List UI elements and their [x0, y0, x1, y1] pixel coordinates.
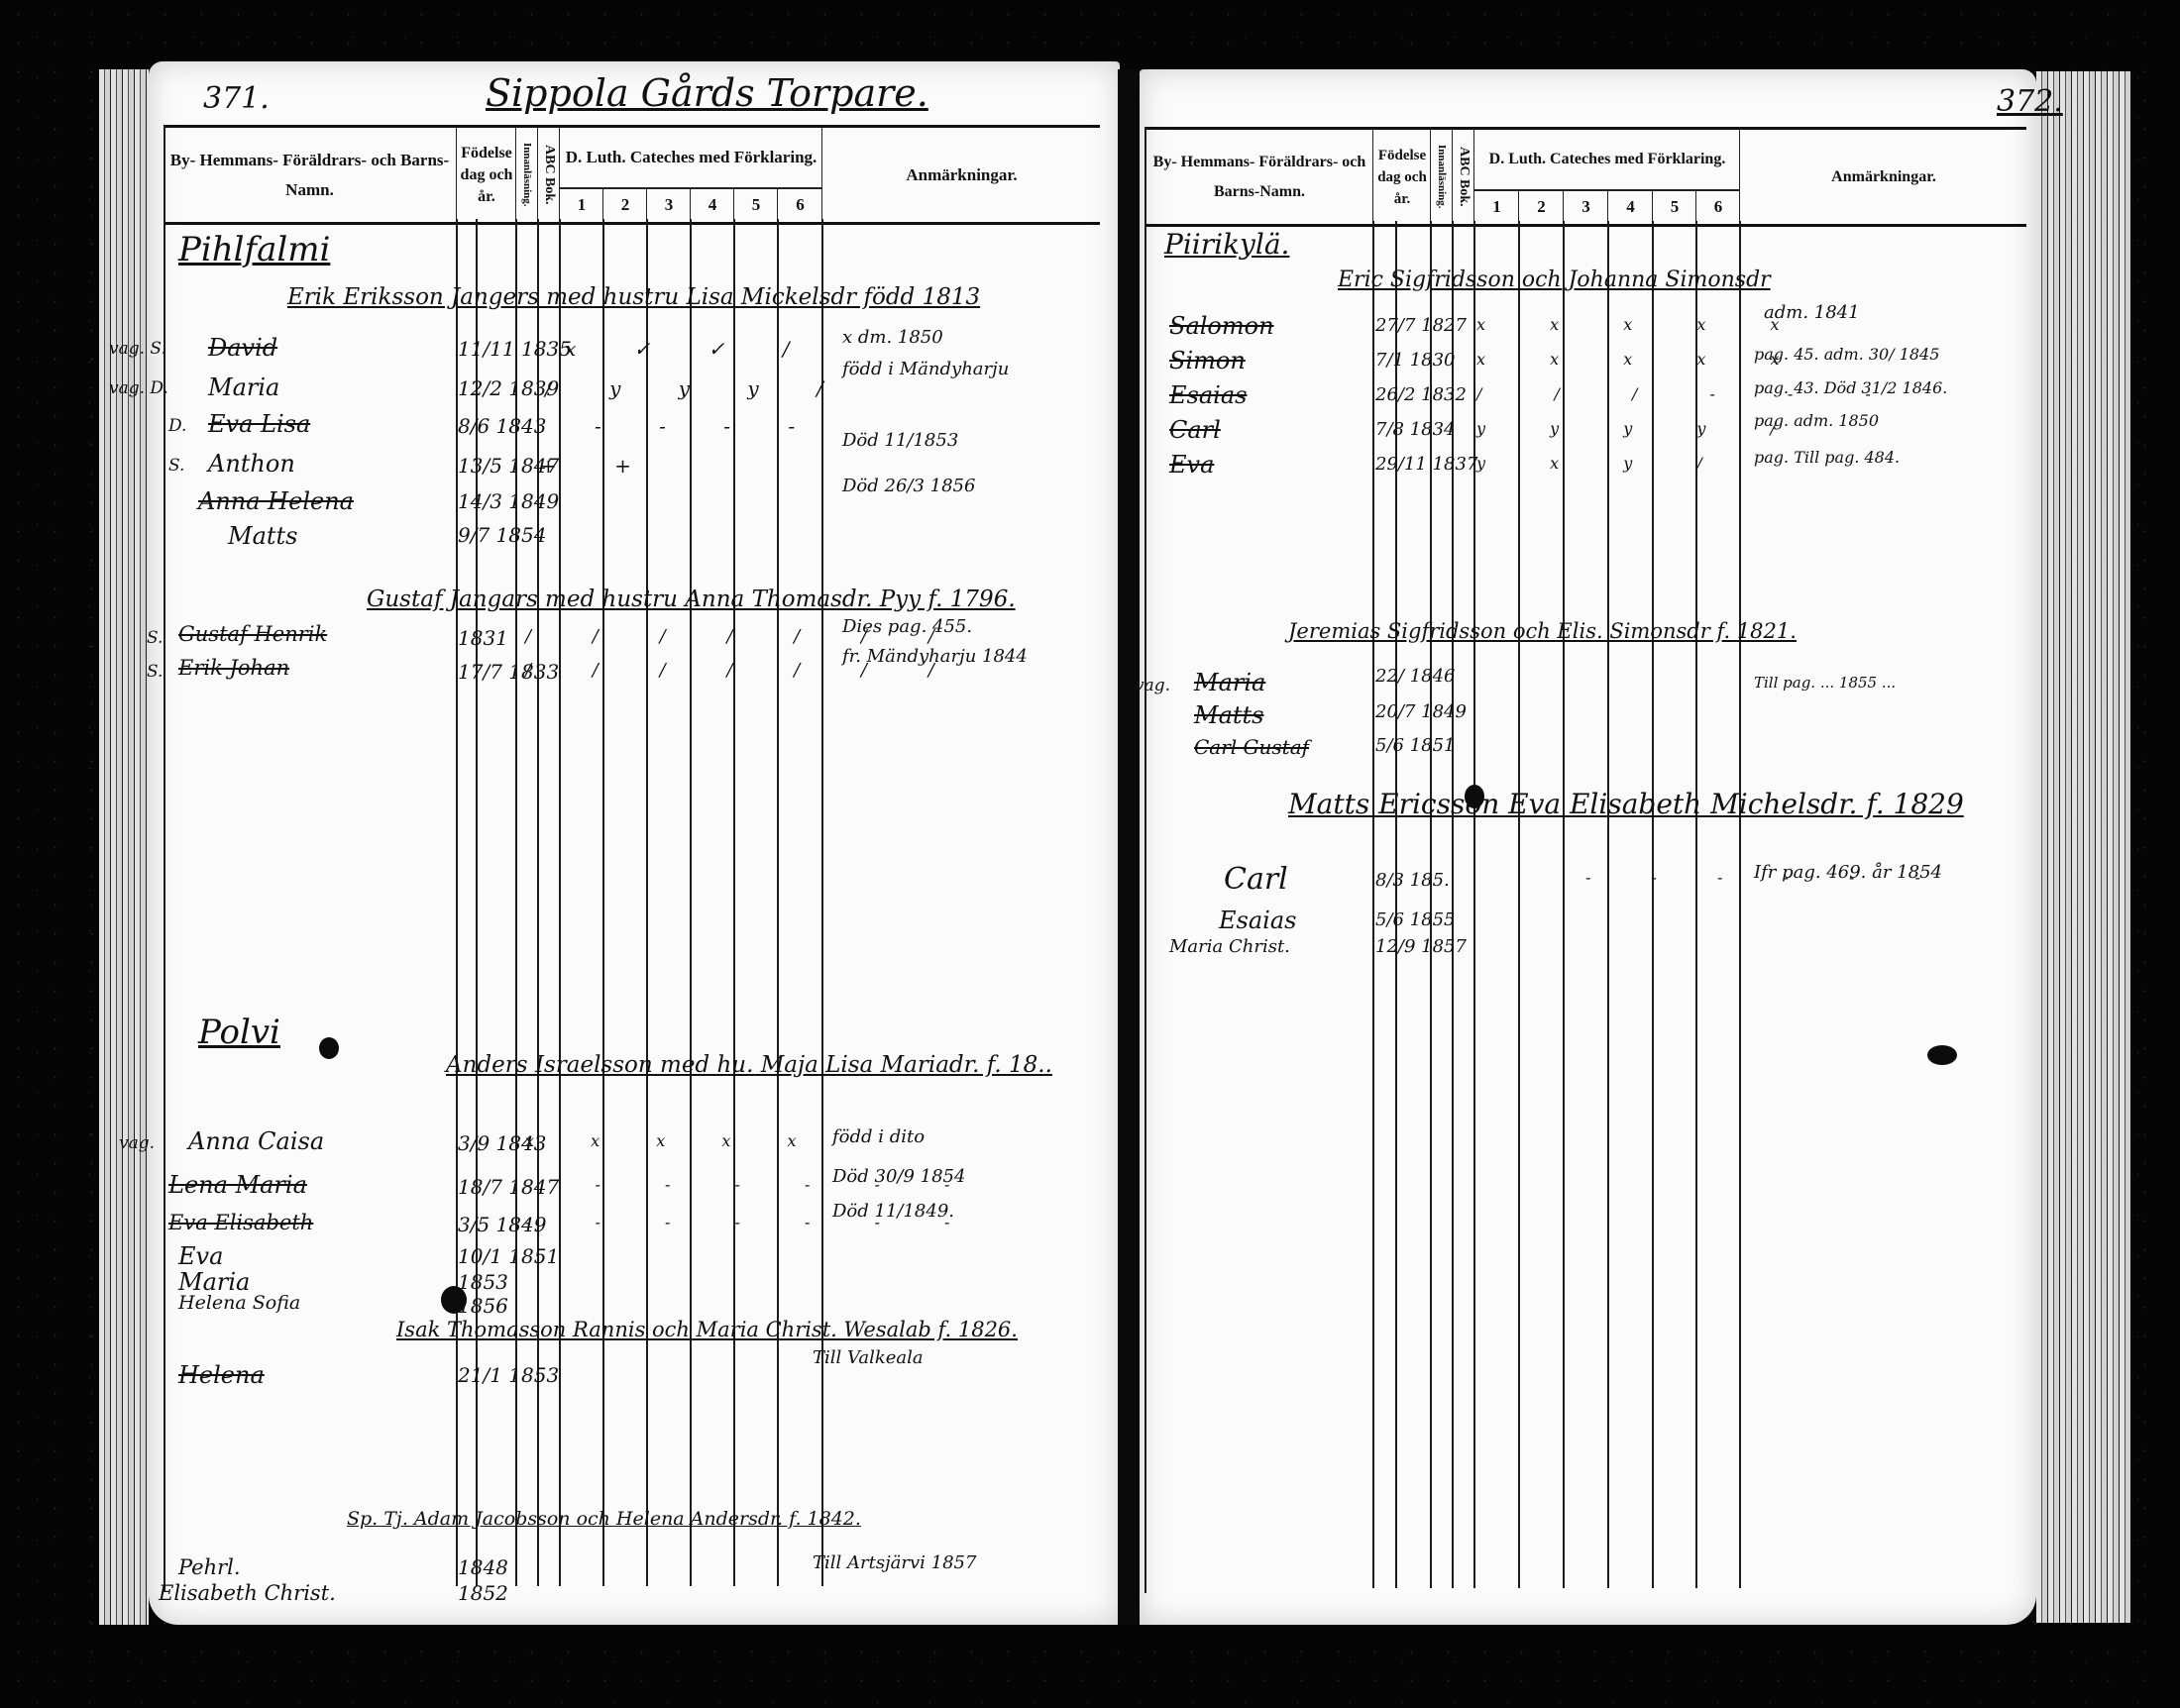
member-birth-date: 12/2 1839 — [458, 376, 559, 400]
abc-column-header: ABC Bok. — [1452, 130, 1474, 224]
member-birth-date: 12/9 1857 — [1375, 936, 1467, 957]
family-head: Isak Thomasson Rannis och Maria Christ. … — [396, 1318, 1018, 1341]
member-prefix: vag. — [119, 1133, 155, 1153]
member-note: fr. Mändyharju 1844 — [842, 646, 1028, 667]
member-marks: + + — [540, 454, 657, 478]
ink-blot — [319, 1037, 339, 1059]
birth-column-header: Födelse dag och år. — [456, 128, 516, 222]
ruling — [821, 219, 823, 1586]
member-prefix: S. — [168, 456, 184, 476]
place-name: Polvi — [198, 1013, 280, 1052]
left-header-table: By- Hemmans- Föräldrars- och Barns-Namn.… — [163, 125, 1100, 225]
catechism-num-4: 4 — [1607, 190, 1653, 224]
member-birth-date: 5/6 1851 — [1375, 735, 1456, 756]
member-note: Till Artsjärvi 1857 — [813, 1552, 976, 1573]
names-column-header: By- Hemmans- Föräldrars- och Barns-Namn. — [163, 128, 456, 222]
member-name: Carl Gustaf — [1194, 735, 1309, 759]
member-name: Lena Maria — [168, 1171, 307, 1199]
member-name: Pehrl. — [178, 1555, 241, 1579]
names-column-header: By- Hemmans- Föräldrars- och Barns-Namn. — [1144, 130, 1373, 224]
book-gutter — [1118, 69, 1142, 1625]
ruling — [1144, 127, 1146, 1593]
birth-label-3: år. — [1394, 188, 1411, 210]
member-birth-date: 1831 — [458, 626, 508, 650]
member-name: Eva Elisabeth — [168, 1211, 313, 1234]
member-name: Matts — [1194, 701, 1264, 729]
member-birth-date: 8/6 1843 — [458, 414, 546, 438]
member-birth-date: 8/3 185. — [1375, 870, 1450, 891]
left-page-edge — [99, 69, 149, 1625]
right-header-table: By- Hemmans- Föräldrars- och Barns-Namn.… — [1144, 127, 2026, 227]
member-marks: x ✓ ✓ / — [565, 337, 816, 361]
member-name: Eva — [178, 1242, 223, 1270]
catechism-num-5: 5 — [733, 188, 778, 222]
remarks-column-header: Anmärkningar. — [821, 128, 1101, 222]
catechism-column-header: D. Luth. Cateches med Förklaring. — [559, 128, 822, 187]
family-head: Erik Eriksson Jangers med hustru Lisa Mi… — [287, 284, 980, 310]
member-name: Esaias — [1169, 381, 1247, 409]
family-head: Matts Ericsson Eva Elisabeth Michelsdr. … — [1288, 788, 1964, 820]
member-marks: x x x x x — [525, 1131, 821, 1150]
right-page-edge — [2036, 71, 2130, 1623]
member-name: Eva — [1169, 451, 1214, 479]
member-birth-date: 21/1 1853 — [458, 1363, 559, 1387]
catechism-num-2: 2 — [1518, 190, 1564, 224]
member-name: Eva Lisa — [208, 410, 310, 438]
member-birth-date: 11/11 1835 — [458, 337, 572, 361]
member-prefix: vag. — [1135, 676, 1170, 695]
member-marks: / y y y / — [545, 376, 849, 400]
member-name: Salomon — [1169, 312, 1274, 340]
member-name: Anna Helena — [198, 487, 354, 515]
left-page-title: Sippola Gårds Torpare. — [486, 71, 928, 115]
member-birth-date: 29/11 1837 — [1375, 454, 1477, 475]
member-name: Maria — [1194, 669, 1265, 696]
member-note: pag. 45. adm. 30/ 1845 — [1754, 345, 1939, 364]
member-birth-date: 1852 — [458, 1581, 508, 1605]
member-birth-date: 1848 — [458, 1555, 508, 1579]
birth-label-1: Födelse — [461, 143, 512, 164]
member-note: Död 11/1849. — [832, 1201, 954, 1222]
catechism-num-2: 2 — [602, 188, 647, 222]
catechism-num-5: 5 — [1652, 190, 1696, 224]
birth-column-header: Födelse dag och år. — [1372, 130, 1431, 224]
member-birth-date: 26/2 1832 — [1375, 384, 1467, 405]
ruling — [1473, 221, 1475, 1588]
member-note: Död 11/1853 — [842, 430, 958, 451]
birth-label-2: dag och — [461, 164, 513, 186]
catechism-num-1: 1 — [1473, 190, 1519, 224]
family-head: Jeremias Sigfridsson och Elis. Simonsdr … — [1288, 619, 1797, 643]
member-note: Till pag. ... 1855 ... — [1754, 674, 1896, 692]
member-note: Till Valkeala — [813, 1347, 924, 1368]
member-note: adm. 1841 — [1764, 302, 1860, 323]
member-note: pag. 43. Död 31/2 1846. — [1754, 378, 1947, 397]
member-birth-date: 14/3 1849 — [458, 489, 559, 513]
reading-column-header: Innanläsning. — [1430, 130, 1453, 224]
catechism-num-1: 1 — [559, 188, 603, 222]
member-birth-date: 7/8 1834 — [1375, 419, 1456, 440]
member-birth-date: 27/7 1827 — [1375, 315, 1467, 336]
ink-blot — [441, 1286, 467, 1314]
member-prefix: S. — [147, 662, 163, 682]
member-note: Dies pag. 455. — [842, 616, 972, 637]
member-note: pag. adm. 1850 — [1754, 411, 1879, 430]
birth-label-2: dag och — [1377, 166, 1427, 188]
remarks-column-header: Anmärkningar. — [1739, 130, 2027, 224]
member-birth-date: 20/7 1849 — [1375, 701, 1467, 722]
member-name: Maria — [208, 374, 279, 401]
member-name: Esaias — [1219, 907, 1296, 934]
member-birth-date: 22/ 1846 — [1375, 666, 1456, 687]
member-marks: - - - - — [595, 414, 820, 438]
member-name: David — [208, 334, 277, 362]
member-note: född i dito — [832, 1126, 925, 1147]
member-name: Matts — [228, 522, 298, 550]
member-note: pag. Till pag. 484. — [1754, 448, 1900, 467]
member-name: Carl — [1224, 862, 1288, 897]
member-name: Anna Caisa — [188, 1127, 324, 1155]
member-name: Anthon — [208, 450, 295, 478]
catechism-column-header: D. Luth. Cateches med Förklaring. — [1473, 130, 1740, 189]
birth-label-1: Födelse — [1378, 145, 1426, 166]
reading-column-header: Innanläsning. — [515, 128, 538, 222]
catechism-num-4: 4 — [690, 188, 734, 222]
member-name: Maria Christ. — [1169, 936, 1290, 957]
member-birth-date: 5/6 1855 — [1375, 909, 1456, 930]
family-head: Eric Sigfridsson och Johanna Simonsdr — [1338, 267, 1771, 292]
family-head: Sp. Tj. Adam Jacobsson och Helena Anders… — [347, 1508, 861, 1530]
catechism-num-6: 6 — [1695, 190, 1740, 224]
member-note: Död 26/3 1856 — [842, 476, 975, 496]
member-prefix: vag. S. — [109, 339, 166, 359]
member-prefix: D. — [168, 416, 186, 436]
catechism-num-6: 6 — [777, 188, 822, 222]
member-note: Ifr pag. 469. år 1854 — [1754, 862, 1942, 883]
ink-blot — [1465, 785, 1484, 808]
member-name: Gustaf Henrik — [178, 622, 327, 646]
left-page: 371. Sippola Gårds Torpare. By- Hemmans-… — [149, 61, 1120, 1625]
member-note: x dm. 1850 — [842, 327, 943, 348]
member-note: född i Mändyharju — [842, 359, 1009, 379]
birth-label-3: år. — [478, 186, 495, 208]
member-marks: y x y / — [1476, 454, 1732, 473]
member-marks: x x x x x — [1476, 315, 1808, 334]
ink-blot — [1927, 1045, 1957, 1065]
member-birth-date: 9/7 1854 — [458, 523, 546, 547]
left-page-number: 371. — [203, 81, 270, 116]
family-head: Gustaf Jangars med hustru Anna Thomasdr.… — [367, 587, 1016, 612]
place-name: Piirikylä. — [1164, 228, 1289, 261]
member-name: Elisabeth Christ. — [159, 1581, 336, 1605]
member-birth-date: 7/1 1830 — [1375, 350, 1456, 371]
ruling — [1372, 221, 1374, 1588]
catechism-num-3: 3 — [646, 188, 691, 222]
ruling — [559, 219, 561, 1586]
member-birth-date: 10/1 1851 — [458, 1244, 559, 1268]
family-head: Anders Israelsson med hu. Maja Lisa Mari… — [446, 1052, 1052, 1078]
member-name: Carl — [1169, 416, 1221, 444]
member-prefix: S. — [147, 628, 163, 648]
member-prefix: vag. D. — [109, 378, 168, 398]
member-birth-date: 1853 — [458, 1270, 508, 1294]
member-name: Helena — [178, 1361, 265, 1389]
place-name: Pihlfalmi — [178, 230, 330, 269]
member-name: Helena Sofia — [178, 1292, 300, 1314]
member-name: Erik Johan — [178, 656, 289, 680]
right-page-number: 372. — [1997, 84, 2063, 119]
catechism-num-3: 3 — [1563, 190, 1608, 224]
member-note: Död 30/9 1854 — [832, 1166, 965, 1187]
member-name: Simon — [1169, 347, 1246, 374]
right-page: 372. By- Hemmans- Föräldrars- och Barns-… — [1140, 69, 2036, 1625]
abc-column-header: ABC Bok. — [537, 128, 560, 222]
